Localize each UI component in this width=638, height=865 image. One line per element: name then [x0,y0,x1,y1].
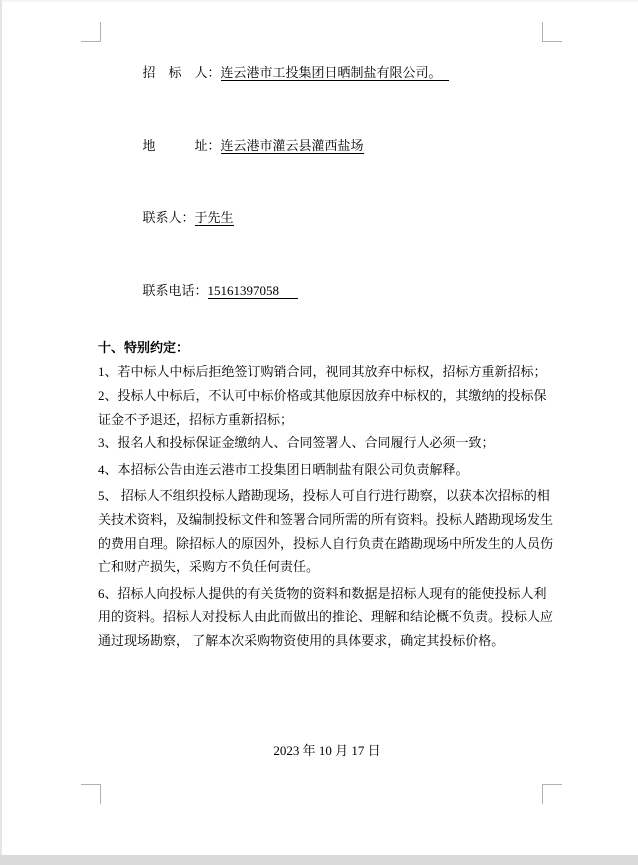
tenderer-value: 连云港市工投集团日晒制盐有限公司。 [221,65,449,81]
phone-value: 15161397058 [208,283,299,299]
term-item-1: 1、若中标人中标后拒绝签订购销合同，视同其放弃中标权，招标方重新招标； [98,360,556,384]
term-item-6: 6、招标人向投标人提供的有关货物的资料和数据是招标人现有的能使投标人利 用的资料… [98,582,556,653]
page-bottom-edge [0,855,638,865]
contact-person-label: 联系人： [143,210,195,225]
document-date: 2023 年 10 月 17 日 [98,739,556,763]
address-label: 地 址： [143,138,221,153]
contact-person-value: 于先生 [195,210,234,226]
special-terms-heading: 十、特别约定： [98,336,556,360]
crop-mark-bottom-right-icon [542,784,562,804]
phone-line: 联系电话：15161397058 [123,255,556,328]
tenderer-label: 招 标 人： [143,65,221,80]
term-item-4: 4、本招标公告由连云港市工投集团日晒制盐有限公司负责解释。 [98,458,556,482]
term-item-5: 5、 招标人不组织投标人踏勘现场，投标人可自行进行勘察，以获本次招标的相 关技术… [98,484,556,578]
document-page: { "page": { "paper_color": "#ffffff", "e… [0,0,638,865]
contact-person-line: 联系人：于先生 [123,182,556,255]
address-value: 连云港市灌云县灌西盐场 [221,138,364,154]
contact-block: 招 标 人：连云港市工投集团日晒制盐有限公司。 地 址：连云港市灌云县灌西盐场 … [98,37,556,327]
phone-label: 联系电话： [143,283,208,298]
page-top-edge [0,0,638,2]
term-item-3: 3、报名人和投标保证金缴纳人、合同签署人、合同履行人必须一致； [98,431,556,455]
page-left-edge [0,0,2,855]
address-line: 地 址：连云港市灌云县灌西盐场 [123,110,556,183]
crop-mark-bottom-left-icon [81,784,101,804]
term-item-2: 2、投标人中标后，不认可中标价格或其他原因放弃中标权的，其缴纳的投标保 证金不予… [98,384,556,431]
tenderer-line: 招 标 人：连云港市工投集团日晒制盐有限公司。 [123,37,556,110]
document-body: 招 标 人：连云港市工投集团日晒制盐有限公司。 地 址：连云港市灌云县灌西盐场 … [98,37,556,763]
